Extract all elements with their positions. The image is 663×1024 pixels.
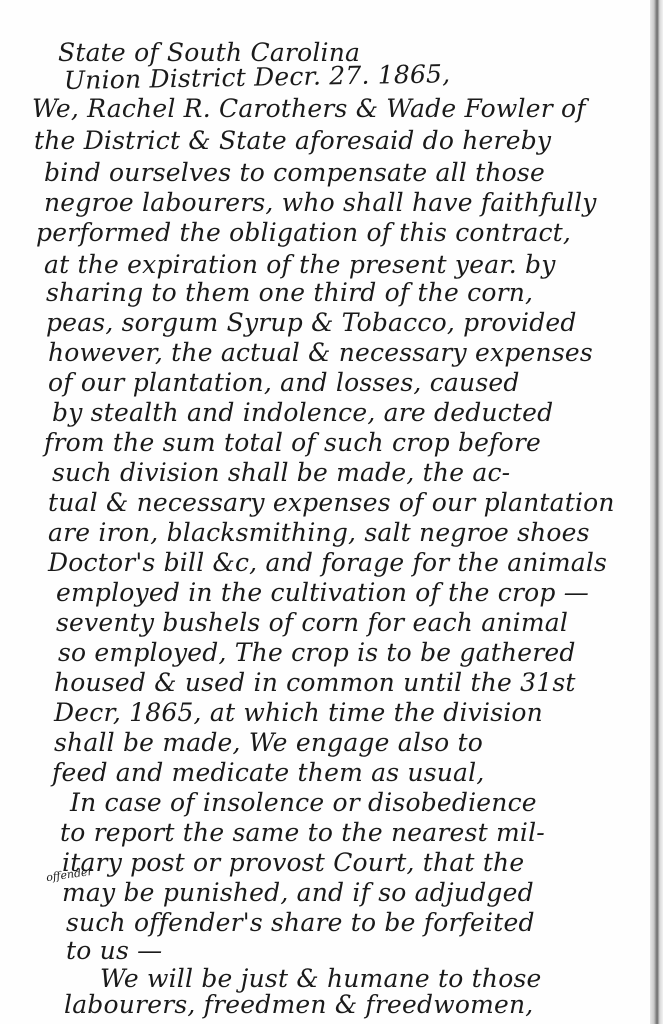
text-line: from the sum total of such crop before — [44, 428, 541, 457]
text-line: itary post or provost Court, that the — [62, 848, 524, 877]
text-line: performed the obligation of this contrac… — [36, 218, 571, 247]
text-line: tual & necessary expenses of our plantat… — [48, 488, 615, 517]
manuscript-page: State of South Carolina Union District D… — [0, 0, 650, 1024]
text-line: negroe labourers, who shall have faithfu… — [44, 188, 597, 217]
text-line: to us — — [66, 936, 162, 965]
text-line: bind ourselves to compensate all those — [44, 158, 545, 187]
text-line: such division shall be made, the ac- — [52, 458, 510, 487]
text-line: employed in the cultivation of the crop … — [56, 578, 589, 607]
text-line: of our plantation, and losses, caused — [48, 368, 520, 397]
text-line: We will be just & humane to those — [100, 964, 541, 993]
text-line: so employed, The crop is to be gathered — [58, 638, 576, 667]
text-line: are iron, blacksmithing, salt negroe sho… — [48, 518, 590, 547]
text-line: We, Rachel R. Carothers & Wade Fowler of — [32, 94, 586, 123]
text-line: Doctor's bill &c, and forage for the ani… — [48, 548, 607, 577]
text-line: In case of insolence or disobedience — [70, 788, 537, 817]
text-line: to report the same to the nearest mil- — [60, 818, 545, 847]
text-line: shall be made, We engage also to — [54, 728, 483, 757]
text-line: seventy bushels of corn for each animal — [56, 608, 568, 637]
text-line: sharing to them one third of the corn, — [46, 278, 533, 307]
heading-district-date: Union District Decr. 27. 1865, — [64, 59, 451, 95]
text-line: may be punished, and if so adjudged — [62, 878, 534, 907]
text-line: however, the actual & necessary expenses — [48, 338, 593, 367]
text-line: the District & State aforesaid do hereby — [34, 126, 551, 155]
text-line: at the expiration of the present year. b… — [44, 250, 556, 279]
text-line: by stealth and indolence, are deducted — [52, 398, 553, 427]
text-line: housed & used in common until the 31st — [54, 668, 576, 697]
text-line: labourers, freedmen & freedwomen, — [64, 990, 533, 1019]
text-line: Decr, 1865, at which time the division — [54, 698, 543, 727]
text-line: feed and medicate them as usual, — [52, 758, 485, 787]
text-line: such offender's share to be forfeited — [66, 908, 535, 937]
text-line: peas, sorgum Syrup & Tobacco, provided — [46, 308, 577, 337]
page-edge-shadow — [650, 0, 663, 1024]
